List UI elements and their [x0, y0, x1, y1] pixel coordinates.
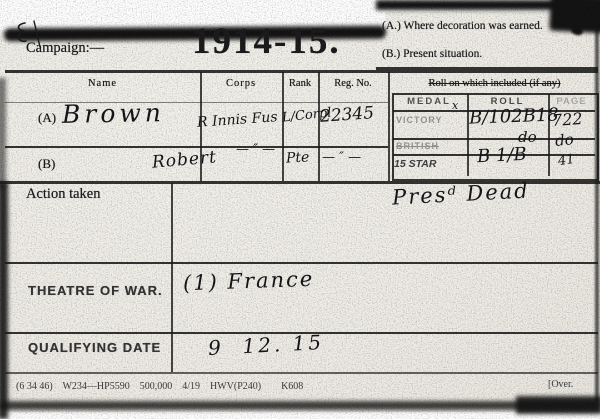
note-present-situation: (B.) Present situation.: [382, 48, 482, 60]
row-a-label: (A): [38, 110, 56, 126]
note-where-decoration-earned: (A.) Where decoration was earned.: [382, 20, 543, 32]
roll-value-15star: B 1/B: [476, 144, 527, 168]
row-b-reg-no-ditto: — ″ —: [322, 150, 361, 165]
column-header-name: Name: [5, 78, 200, 89]
rule-section-divider: [171, 183, 173, 372]
roll-header-medal-x-mark: x: [452, 99, 458, 112]
medal-index-card-scan: Campaign:— 1914-15. (A.) Where decoratio…: [0, 0, 600, 419]
scan-smudge-left-strip: [0, 182, 8, 419]
scan-smudge-left-upper: [0, 78, 6, 188]
row-a-surname: Brown: [62, 98, 165, 129]
medal-row-15star: 15 STAR: [394, 158, 436, 170]
row-b-rank: Pte: [286, 149, 310, 166]
rule-header-bottom: [5, 70, 598, 73]
medal-row-british: BRITISH: [396, 141, 439, 151]
campaign-label: Campaign:—: [26, 40, 104, 57]
roll-value-victory: B/102B18: [469, 104, 559, 128]
scan-smudge-bottom-right: [516, 396, 600, 414]
theatre-of-war-value: (1) France: [183, 267, 315, 296]
qualifying-date-label: QUALIFYING DATE: [28, 340, 161, 355]
column-header-corps: Corps: [200, 78, 282, 89]
column-header-reg-no: Reg. No.: [318, 78, 388, 89]
footer-over-label: [Over.: [548, 379, 573, 390]
rule-row-a-bottom: [5, 146, 388, 148]
page-value-15star: 41: [557, 152, 575, 169]
column-header-rank: Rank: [282, 78, 318, 89]
row-a-reg-no: 22345: [319, 103, 374, 127]
page-title: 1914-15.: [192, 20, 341, 63]
footer-print-code: (6 34 46) W234—HP5590 500,000 4/19 HWV(P…: [16, 381, 303, 392]
scan-smudge-bottom: [0, 401, 600, 410]
action-taken-label: Action taken: [26, 186, 101, 203]
rule-col-reg-roll: [388, 72, 390, 181]
rule-qualifying-bottom: [5, 372, 598, 374]
theatre-of-war-label: THEATRE OF WAR.: [28, 283, 163, 298]
page-value-victory: 722: [551, 109, 583, 130]
medal-row-victory: VICTORY: [396, 115, 443, 125]
row-b-label: (B): [38, 156, 55, 172]
rule-action-bottom: [5, 262, 598, 264]
row-b-corps-ditto: — ″ —: [236, 142, 275, 157]
roll-table-caption: Roll on which included (if any): [392, 78, 597, 89]
page-value-british: do: [554, 130, 574, 150]
